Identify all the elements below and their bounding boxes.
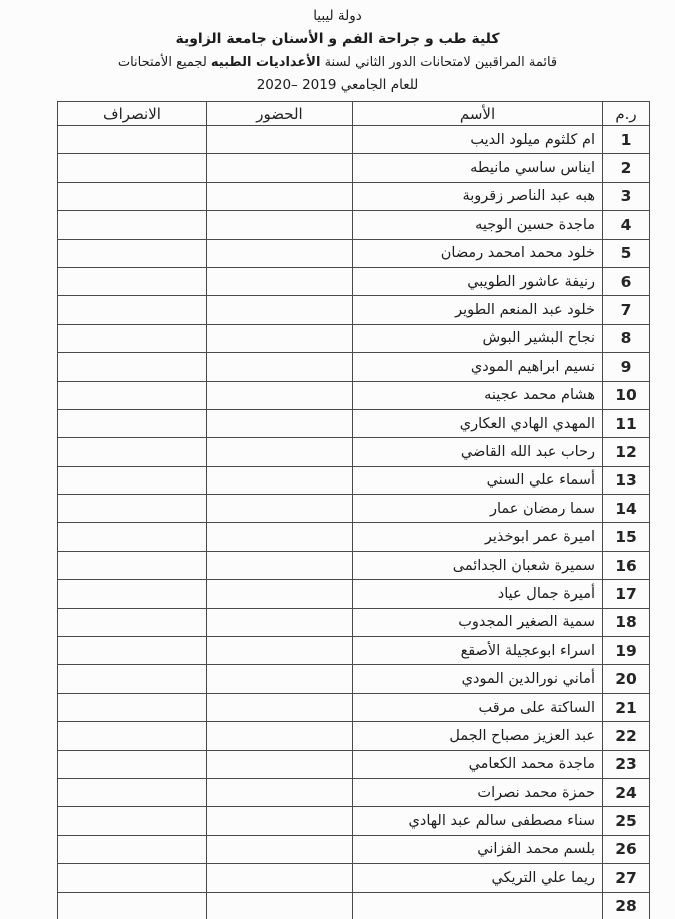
invigilator-name-cell: أسماء علي السني (353, 466, 603, 494)
invigilator-name-cell: هشام محمد عجينه (353, 381, 603, 409)
row-number-cell: 23 (603, 750, 650, 778)
header-academic-year-line: للعام الجامعي 2019 –2020 (0, 74, 675, 97)
invigilator-name-cell: بلسم محمد الفزاني (353, 835, 603, 863)
table-row: 20 أماني نورالدين المودي (58, 665, 650, 693)
departure-signature-cell (58, 637, 207, 665)
departure-signature-cell (58, 665, 207, 693)
row-number-cell: 17 (603, 580, 650, 608)
header-list-title-line: قائمة المراقبين لامتحانات الدور الثاني ل… (0, 51, 675, 74)
attendance-signature-cell (207, 864, 353, 892)
row-number-cell: 5 (603, 239, 650, 267)
table-row: 23 ماجدة محمد الكعامي (58, 750, 650, 778)
attendance-signature-cell (207, 154, 353, 182)
table-row: 11 المهدي الهادي العكاري (58, 409, 650, 437)
departure-signature-cell (58, 126, 207, 154)
attendance-signature-cell (207, 750, 353, 778)
row-number-cell: 6 (603, 267, 650, 295)
attendance-signature-cell (207, 665, 353, 693)
row-number-cell: 7 (603, 296, 650, 324)
table-row: 14 سما رمضان عمار (58, 495, 650, 523)
invigilator-name-cell: المهدي الهادي العكاري (353, 409, 603, 437)
attendance-signature-cell (207, 126, 353, 154)
row-number-cell: 13 (603, 466, 650, 494)
table-row: 2 ايناس ساسي مانيطه (58, 154, 650, 182)
invigilator-name-cell: الساكتة على مرقب (353, 693, 603, 721)
header-country-line: دولة ليبيا (0, 5, 675, 28)
departure-signature-cell (58, 835, 207, 863)
invigilator-name-cell: سميرة شعبان الجدائمى (353, 551, 603, 579)
header-cell-attendance: الحضور (207, 102, 353, 126)
invigilator-name-cell: رحاب عبد الله القاضي (353, 438, 603, 466)
departure-signature-cell (58, 267, 207, 295)
attendance-signature-cell (207, 637, 353, 665)
departure-signature-cell (58, 807, 207, 835)
invigilator-name-cell: نسيم ابراهيم المودي (353, 353, 603, 381)
departure-signature-cell (58, 551, 207, 579)
row-number-cell: 10 (603, 381, 650, 409)
departure-signature-cell (58, 353, 207, 381)
row-number-cell: 21 (603, 693, 650, 721)
invigilator-name-cell: ماجدة حسين الوجيه (353, 211, 603, 239)
table-row: 24 حمزة محمد نصرات (58, 778, 650, 806)
row-number-cell: 11 (603, 409, 650, 437)
header-cell-name: الأسم (353, 102, 603, 126)
row-number-cell: 28 (603, 892, 650, 919)
attendance-signature-cell (207, 324, 353, 352)
departure-signature-cell (58, 182, 207, 210)
table-row: 19 اسراء ابوعجيلة الأصقع (58, 637, 650, 665)
invigilator-name-cell: حمزة محمد نصرات (353, 778, 603, 806)
row-number-cell: 2 (603, 154, 650, 182)
departure-signature-cell (58, 523, 207, 551)
table-row: 15 اميرة عمر ابوخذير (58, 523, 650, 551)
table-row: 9 نسيم ابراهيم المودي (58, 353, 650, 381)
table-row: 8 نجاح البشير البوش (58, 324, 650, 352)
departure-signature-cell (58, 211, 207, 239)
row-number-cell: 14 (603, 495, 650, 523)
attendance-signature-cell (207, 466, 353, 494)
departure-signature-cell (58, 239, 207, 267)
table-row: 16 سميرة شعبان الجدائمى (58, 551, 650, 579)
departure-signature-cell (58, 864, 207, 892)
invigilator-name-cell: سمية الصغير المجدوب (353, 608, 603, 636)
document-header: دولة ليبيا كلية طب و جراحة الفم و الأسنا… (0, 5, 675, 97)
attendance-signature-cell (207, 608, 353, 636)
table-row: 3 هبه عبد الناصر زقروبة (58, 182, 650, 210)
invigilator-name-cell: ريما علي التريكي (353, 864, 603, 892)
departure-signature-cell (58, 466, 207, 494)
table-row: 25 سناء مصطفى سالم عبد الهادي (58, 807, 650, 835)
header-title-prefix: قائمة المراقبين لامتحانات الدور الثاني ل… (320, 55, 557, 70)
invigilator-name-cell: خلود عبد المنعم الطوير (353, 296, 603, 324)
departure-signature-cell (58, 778, 207, 806)
invigilator-name-cell: أماني نورالدين المودي (353, 665, 603, 693)
departure-signature-cell (58, 892, 207, 919)
attendance-signature-cell (207, 807, 353, 835)
invigilator-name-cell: اميرة عمر ابوخذير (353, 523, 603, 551)
table-row: 26 بلسم محمد الفزاني (58, 835, 650, 863)
departure-signature-cell (58, 381, 207, 409)
table-row: 10 هشام محمد عجينه (58, 381, 650, 409)
row-number-cell: 1 (603, 126, 650, 154)
invigilator-name-cell: اسراء ابوعجيلة الأصقع (353, 637, 603, 665)
invigilator-name-cell: ماجدة محمد الكعامي (353, 750, 603, 778)
table-row: 12 رحاب عبد الله القاضي (58, 438, 650, 466)
table-row: 7 خلود عبد المنعم الطوير (58, 296, 650, 324)
attendance-signature-cell (207, 211, 353, 239)
departure-signature-cell (58, 296, 207, 324)
row-number-cell: 19 (603, 637, 650, 665)
invigilator-name-cell: نجاح البشير البوش (353, 324, 603, 352)
row-number-cell: 20 (603, 665, 650, 693)
table-row: 4 ماجدة حسين الوجيه (58, 211, 650, 239)
invigilator-name-cell: رنيفة عاشور الطويبي (353, 267, 603, 295)
header-title-bold-segment: الأعداديات الطبيه (211, 55, 321, 70)
row-number-cell: 9 (603, 353, 650, 381)
departure-signature-cell (58, 693, 207, 721)
table-row: 6 رنيفة عاشور الطويبي (58, 267, 650, 295)
attendance-signature-cell (207, 438, 353, 466)
invigilator-name-cell: هبه عبد الناصر زقروبة (353, 182, 603, 210)
row-number-cell: 3 (603, 182, 650, 210)
row-number-cell: 18 (603, 608, 650, 636)
row-number-cell: 16 (603, 551, 650, 579)
table-row: 22 عبد العزيز مصباح الجمل (58, 722, 650, 750)
invigilator-name-cell: سما رمضان عمار (353, 495, 603, 523)
departure-signature-cell (58, 438, 207, 466)
attendance-signature-cell (207, 239, 353, 267)
scanned-document-page: دولة ليبيا كلية طب و جراحة الفم و الأسنا… (0, 0, 675, 919)
departure-signature-cell (58, 495, 207, 523)
departure-signature-cell (58, 154, 207, 182)
table-row: 28 (58, 892, 650, 919)
attendance-signature-cell (207, 722, 353, 750)
header-title-suffix: لجميع الأمتحانات (118, 55, 211, 70)
row-number-cell: 26 (603, 835, 650, 863)
departure-signature-cell (58, 750, 207, 778)
attendance-signature-cell (207, 381, 353, 409)
table-header-row: ر.م الأسم الحضور الانصراف (58, 102, 650, 126)
attendance-signature-cell (207, 267, 353, 295)
invigilator-name-cell: ام كلثوم ميلود الديب (353, 126, 603, 154)
table-row: 27 ريما علي التريكي (58, 864, 650, 892)
attendance-signature-cell (207, 353, 353, 381)
table-row: 17 أميرة جمال عياد (58, 580, 650, 608)
invigilator-name-cell: عبد العزيز مصباح الجمل (353, 722, 603, 750)
attendance-signature-cell (207, 495, 353, 523)
attendance-signature-cell (207, 296, 353, 324)
row-number-cell: 22 (603, 722, 650, 750)
invigilator-name-cell: خلود محمد امحمد رمضان (353, 239, 603, 267)
attendance-signature-cell (207, 182, 353, 210)
invigilator-name-cell: ايناس ساسي مانيطه (353, 154, 603, 182)
header-cell-index: ر.م (603, 102, 650, 126)
row-number-cell: 27 (603, 864, 650, 892)
departure-signature-cell (58, 608, 207, 636)
invigilator-name-cell: أميرة جمال عياد (353, 580, 603, 608)
invigilator-name-cell: سناء مصطفى سالم عبد الهادي (353, 807, 603, 835)
table-row: 18 سمية الصغير المجدوب (58, 608, 650, 636)
table-row: 5 خلود محمد امحمد رمضان (58, 239, 650, 267)
attendance-signature-cell (207, 523, 353, 551)
table-row: 21 الساكتة على مرقب (58, 693, 650, 721)
attendance-signature-cell (207, 693, 353, 721)
invigilators-table: ر.م الأسم الحضور الانصراف 1 ام كلثوم ميل… (57, 101, 650, 919)
departure-signature-cell (58, 580, 207, 608)
attendance-signature-cell (207, 409, 353, 437)
row-number-cell: 24 (603, 778, 650, 806)
table-body: 1 ام كلثوم ميلود الديب 2 ايناس ساسي ماني… (58, 126, 650, 919)
row-number-cell: 4 (603, 211, 650, 239)
table-row: 1 ام كلثوم ميلود الديب (58, 126, 650, 154)
header-cell-departure: الانصراف (58, 102, 207, 126)
attendance-signature-cell (207, 892, 353, 919)
departure-signature-cell (58, 722, 207, 750)
attendance-signature-cell (207, 778, 353, 806)
attendance-signature-cell (207, 580, 353, 608)
row-number-cell: 15 (603, 523, 650, 551)
row-number-cell: 8 (603, 324, 650, 352)
attendance-signature-cell (207, 551, 353, 579)
departure-signature-cell (58, 409, 207, 437)
invigilator-name-cell (353, 892, 603, 919)
row-number-cell: 25 (603, 807, 650, 835)
row-number-cell: 12 (603, 438, 650, 466)
table-row: 13 أسماء علي السني (58, 466, 650, 494)
attendance-signature-cell (207, 835, 353, 863)
departure-signature-cell (58, 324, 207, 352)
header-faculty-line: كلية طب و جراحة الفم و الأسنان جامعة الز… (0, 28, 675, 51)
